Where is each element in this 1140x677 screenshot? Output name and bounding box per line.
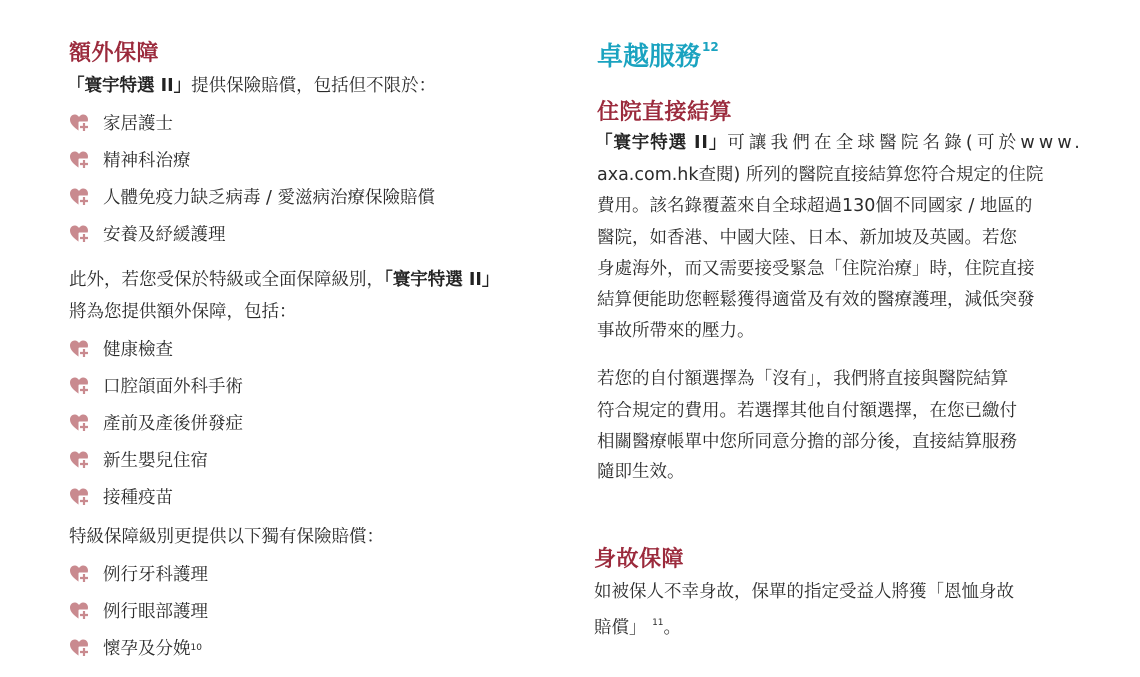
premier-intro: 特級保障級別更提供以下獨有保險賠償：	[69, 521, 384, 553]
list-item-label: 精神科治療	[103, 147, 191, 172]
direct-billing-line: 費用。該名錄覆蓋來自全球超過130個不同國家 / 地區的	[597, 190, 1032, 222]
direct-billing-line: 「寰宇特選 II」可讓我們在全球醫院名錄(可於www.	[595, 127, 1084, 159]
list-item: 精神科治療	[69, 141, 435, 178]
heart-plus-icon	[69, 601, 91, 621]
list-item-label: 人體免疫力缺乏病毒 / 愛滋病治療保險賠償	[103, 184, 435, 209]
extra-coverage-list: 家居護士 精神科治療 人體免疫力缺乏病毒 / 愛滋病治療保險賠償 安養及紓緩護理	[69, 104, 435, 252]
direct-billing-line: 醫院，如香港、中國大陸、日本、新加坡及英國。若您	[597, 222, 1017, 254]
footnote-marker: 11	[652, 618, 663, 628]
excellent-service-title: 卓越服務12	[597, 36, 719, 73]
list-item: 例行眼部護理	[69, 592, 208, 629]
line-text: 可讓我們在全球醫院名錄(可於www.	[727, 133, 1084, 153]
heart-plus-icon	[69, 638, 91, 658]
list-item-label: 懷孕及分娩	[103, 635, 191, 660]
death-benefit-line: 賠償」 11。	[594, 607, 681, 644]
additional-text: 此外，若您受保於特級或全面保障級別，	[69, 270, 384, 290]
heart-plus-icon	[69, 413, 91, 433]
additional-intro-line1: 此外，若您受保於特級或全面保障級別，「寰宇特選 II」	[69, 264, 499, 296]
deductible-line: 符合規定的費用。若選擇其他自付額選擇，在您已繳付	[597, 395, 1017, 427]
death-benefit-title: 身故保障	[594, 542, 684, 573]
deductible-line: 若您的自付額選擇為「沒有」，我們將直接與醫院結算	[597, 363, 1008, 395]
heart-plus-icon	[69, 339, 91, 359]
heart-plus-icon	[69, 113, 91, 133]
list-item-label: 例行牙科護理	[103, 561, 208, 586]
intro-text: 提供保險賠償，包括但不限於：	[191, 76, 436, 96]
heart-plus-icon	[69, 376, 91, 396]
list-item-label: 家居護士	[103, 110, 173, 135]
list-item: 新生嬰兒住宿	[69, 441, 243, 478]
list-item-label: 產前及產後併發症	[103, 410, 243, 435]
product-name: 「寰宇特選 II」	[384, 270, 499, 290]
list-item-label: 接種疫苗	[103, 484, 173, 509]
additional-intro-line2: 將為您提供額外保障，包括：	[69, 296, 297, 328]
list-item-label: 例行眼部護理	[103, 598, 208, 623]
extra-coverage-intro: 「寰宇特選 II」提供保險賠償，包括但不限於：	[67, 70, 436, 102]
extra-coverage-title: 額外保障	[69, 36, 159, 67]
list-item-label: 健康檢查	[103, 336, 173, 361]
heart-plus-icon	[69, 224, 91, 244]
list-item: 產前及產後併發症	[69, 404, 243, 441]
line-end: 。	[664, 618, 682, 638]
premier-list: 例行牙科護理 例行眼部護理 懷孕及分娩10	[69, 555, 208, 666]
list-item: 安養及紓緩護理	[69, 215, 435, 252]
heart-plus-icon	[69, 487, 91, 507]
list-item-label: 口腔頜面外科手術	[103, 373, 243, 398]
product-name: 「寰宇特選 II」	[595, 133, 727, 153]
list-item: 懷孕及分娩10	[69, 629, 208, 666]
product-name: 「寰宇特選 II」	[67, 76, 191, 96]
list-item: 健康檢查	[69, 330, 243, 367]
direct-billing-line: axa.com.hk查閱) 所列的醫院直接結算您符合規定的住院	[597, 159, 1043, 191]
direct-billing-line: 結算便能助您輕鬆獲得適當及有效的醫療護理，減低突發	[597, 284, 1035, 316]
list-item-label: 新生嬰兒住宿	[103, 447, 208, 472]
list-item: 家居護士	[69, 104, 435, 141]
direct-billing-line: 事故所帶來的壓力。	[597, 315, 755, 347]
heart-plus-icon	[69, 150, 91, 170]
direct-billing-line: 身處海外，而又需要接受緊急「住院治療」時，住院直接	[597, 253, 1035, 285]
death-benefit-line: 如被保人不幸身故，保單的指定受益人將獲「恩恤身故	[594, 576, 1014, 608]
heart-plus-icon	[69, 187, 91, 207]
list-item: 接種疫苗	[69, 478, 243, 515]
heart-plus-icon	[69, 450, 91, 470]
line-text: 賠償」	[594, 618, 647, 638]
heart-plus-icon	[69, 564, 91, 584]
list-item: 人體免疫力缺乏病毒 / 愛滋病治療保險賠償	[69, 178, 435, 215]
excellent-service-title-text: 卓越服務	[597, 42, 701, 72]
deductible-line: 隨即生效。	[597, 456, 685, 488]
additional-list: 健康檢查 口腔頜面外科手術 產前及產後併發症 新生嬰兒住宿 接種疫苗	[69, 330, 243, 515]
list-item-label: 安養及紓緩護理	[103, 221, 226, 246]
list-item: 例行牙科護理	[69, 555, 208, 592]
deductible-line: 相關醫療帳單中您所同意分擔的部分後，直接結算服務	[597, 426, 1017, 458]
direct-billing-title: 住院直接結算	[597, 95, 732, 126]
list-item: 口腔頜面外科手術	[69, 367, 243, 404]
footnote-marker: 12	[702, 40, 719, 54]
footnote-marker: 10	[191, 643, 202, 653]
